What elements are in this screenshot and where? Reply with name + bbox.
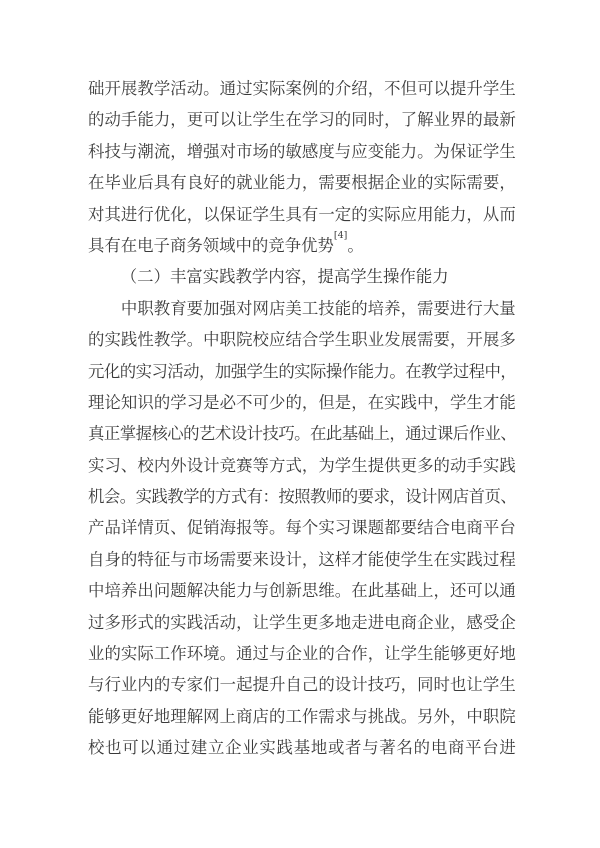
text-line: 实习、校内外设计竞赛等方式，为学生提供更多的动手实践: [88, 450, 516, 481]
text-line: 元化的实习活动，加强学生的实际操作能力。在教学过程中，: [88, 356, 516, 387]
text-line: 与行业内的专家们一起提升自己的设计技巧，同时也让学生: [88, 669, 516, 700]
section-heading: （二）丰富实践教学内容，提高学生操作能力: [88, 261, 516, 292]
text-line: 产品详情页、促销海报等。每个实习课题都要结合电商平台: [88, 512, 516, 543]
text-block: 础开展教学活动。通过实际案例的介绍，不但可以提升学生 的动手能力，更可以让学生在…: [88, 73, 516, 764]
text-line: 具有在电子商务领域中的竞争优势[4]。: [88, 230, 516, 261]
text-line: 自身的特征与市场需要来设计，这样才能使学生在实践过程: [88, 544, 516, 575]
text-line: 理论知识的学习是必不可少的，但是，在实践中，学生才能: [88, 387, 516, 418]
text-line: 真正掌握核心的艺术设计技巧。在此基础上，通过课后作业、: [88, 418, 516, 449]
line-text: 具有在电子商务领域中的竞争优势: [88, 236, 334, 255]
text-line: 校也可以通过建立企业实践基地或者与著名的电商平台进: [88, 732, 516, 763]
text-line: 在毕业后具有良好的就业能力，需要根据企业的实际需要，: [88, 167, 516, 198]
text-line: 机会。实践教学的方式有：按照教师的要求，设计网店首页、: [88, 481, 516, 512]
line-text: 。: [347, 236, 363, 255]
text-line: 对其进行优化，以保证学生具有一定的实际应用能力，从而: [88, 199, 516, 230]
text-line: 的动手能力，更可以让学生在学习的同时，了解业界的最新: [88, 104, 516, 135]
text-line: 中职教育要加强对网店美工技能的培养，需要进行大量: [88, 293, 516, 324]
text-line: 过多形式的实践活动，让学生更多地走进电商企业，感受企: [88, 607, 516, 638]
text-line: 础开展教学活动。通过实际案例的介绍，不但可以提升学生: [88, 73, 516, 104]
text-line: 业的实际工作环境。通过与企业的合作，让学生能够更好地: [88, 638, 516, 669]
text-line: 的实践性教学。中职院校应结合学生职业发展需要，开展多: [88, 324, 516, 355]
document-page: 础开展教学活动。通过实际案例的介绍，不但可以提升学生 的动手能力，更可以让学生在…: [0, 0, 600, 848]
text-line: 能够更好地理解网上商店的工作需求与挑战。另外，中职院: [88, 701, 516, 732]
text-line: 科技与潮流，增强对市场的敏感度与应变能力。为保证学生: [88, 136, 516, 167]
text-line: 中培养出问题解决能力与创新思维。在此基础上，还可以通: [88, 575, 516, 606]
footnote-marker: [4]: [334, 230, 347, 241]
